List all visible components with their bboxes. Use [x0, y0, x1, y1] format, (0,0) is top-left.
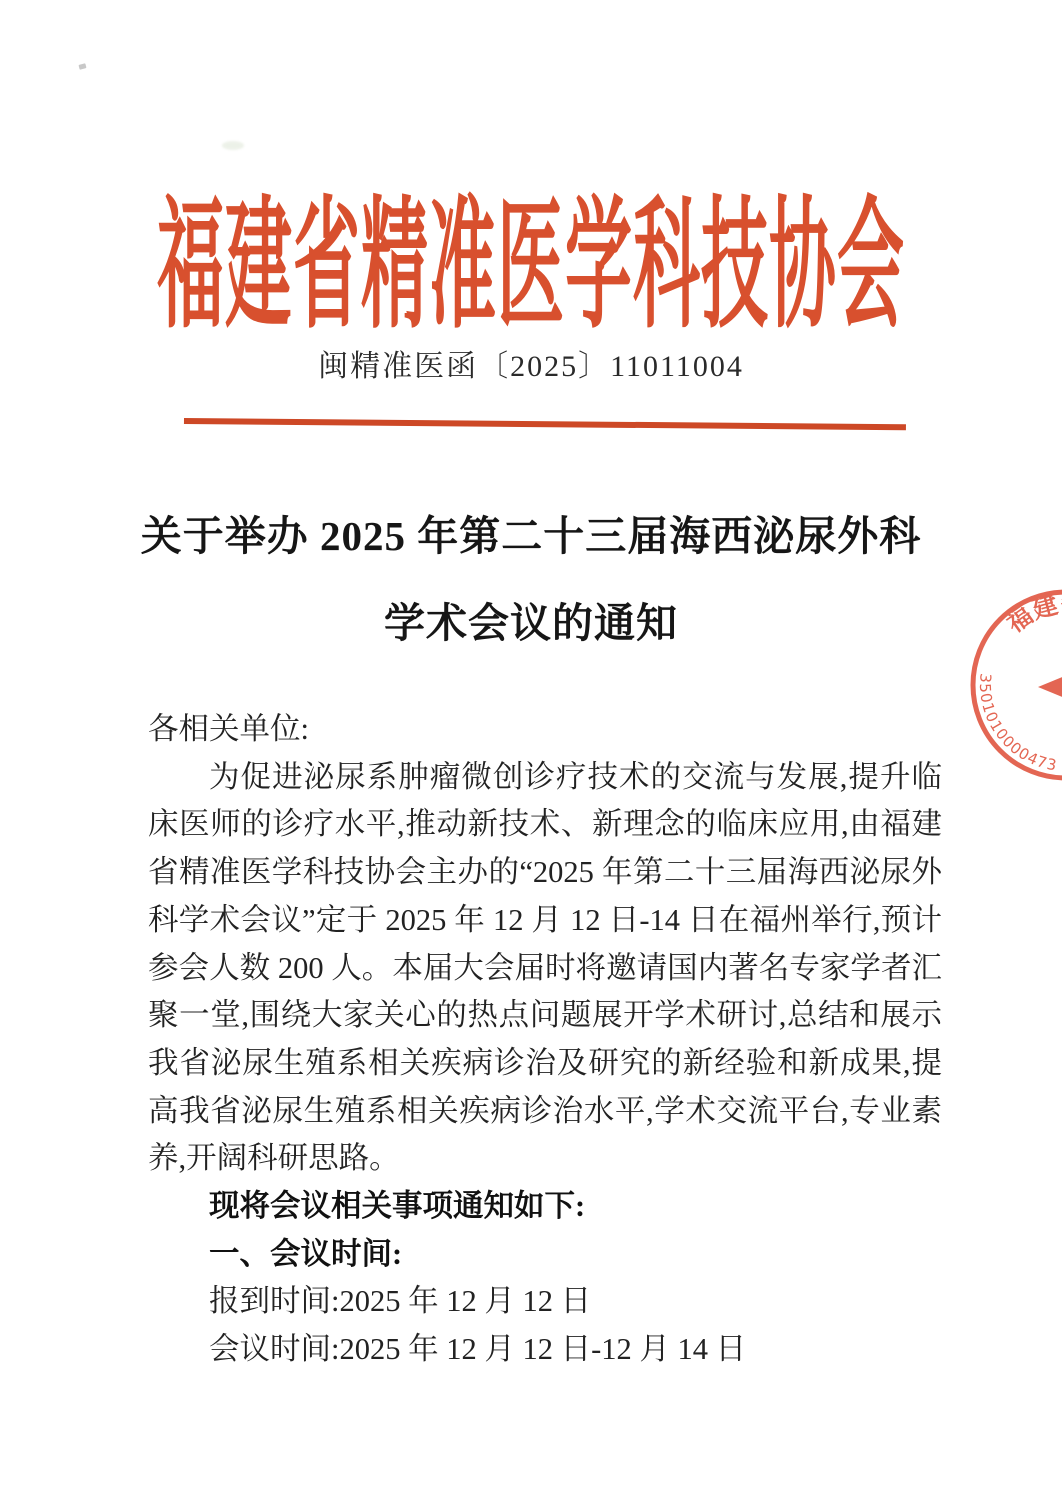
scanned-document-page: 福建省精准医学科技协会 闽精准医函〔2025〕11011004 关于举办 202…	[0, 0, 1062, 1500]
notice-body: 各相关单位: 为促进泌尿系肿瘤微创诊疗技术的交流与发展,提升临床医师的诊疗水平,…	[148, 706, 942, 1374]
body-paragraph-1: 为促进泌尿系肿瘤微创诊疗技术的交流与发展,提升临床医师的诊疗水平,推动新技术、新…	[148, 754, 942, 1183]
letterhead-org-name: 福建省精准医学科技协会	[0, 153, 1062, 357]
scan-smudge-artifact	[222, 141, 244, 150]
notice-lead-line: 现将会议相关事项通知如下:	[148, 1183, 942, 1231]
letterhead-divider-rule	[184, 418, 906, 430]
checkin-time-line: 报到时间:2025 年 12 月 12 日	[148, 1278, 942, 1326]
document-reference-number: 闽精准医函〔2025〕11011004	[0, 341, 1062, 385]
notice-title-line1: 关于举办 2025 年第二十三届海西泌尿外科	[0, 503, 1062, 562]
meeting-time-line: 会议时间:2025 年 12 月 12 日-12 月 14 日	[148, 1326, 942, 1374]
seal-star-point-icon	[1038, 655, 1062, 719]
official-seal: 福建省精准医学科技协会 3501010000473	[966, 585, 1062, 785]
scan-speck-artifact	[78, 63, 86, 70]
notice-title-line2: 学术会议的通知	[0, 590, 1062, 649]
salutation-line: 各相关单位:	[148, 706, 942, 754]
section1-heading-meeting-time: 一、会议时间:	[148, 1231, 942, 1279]
